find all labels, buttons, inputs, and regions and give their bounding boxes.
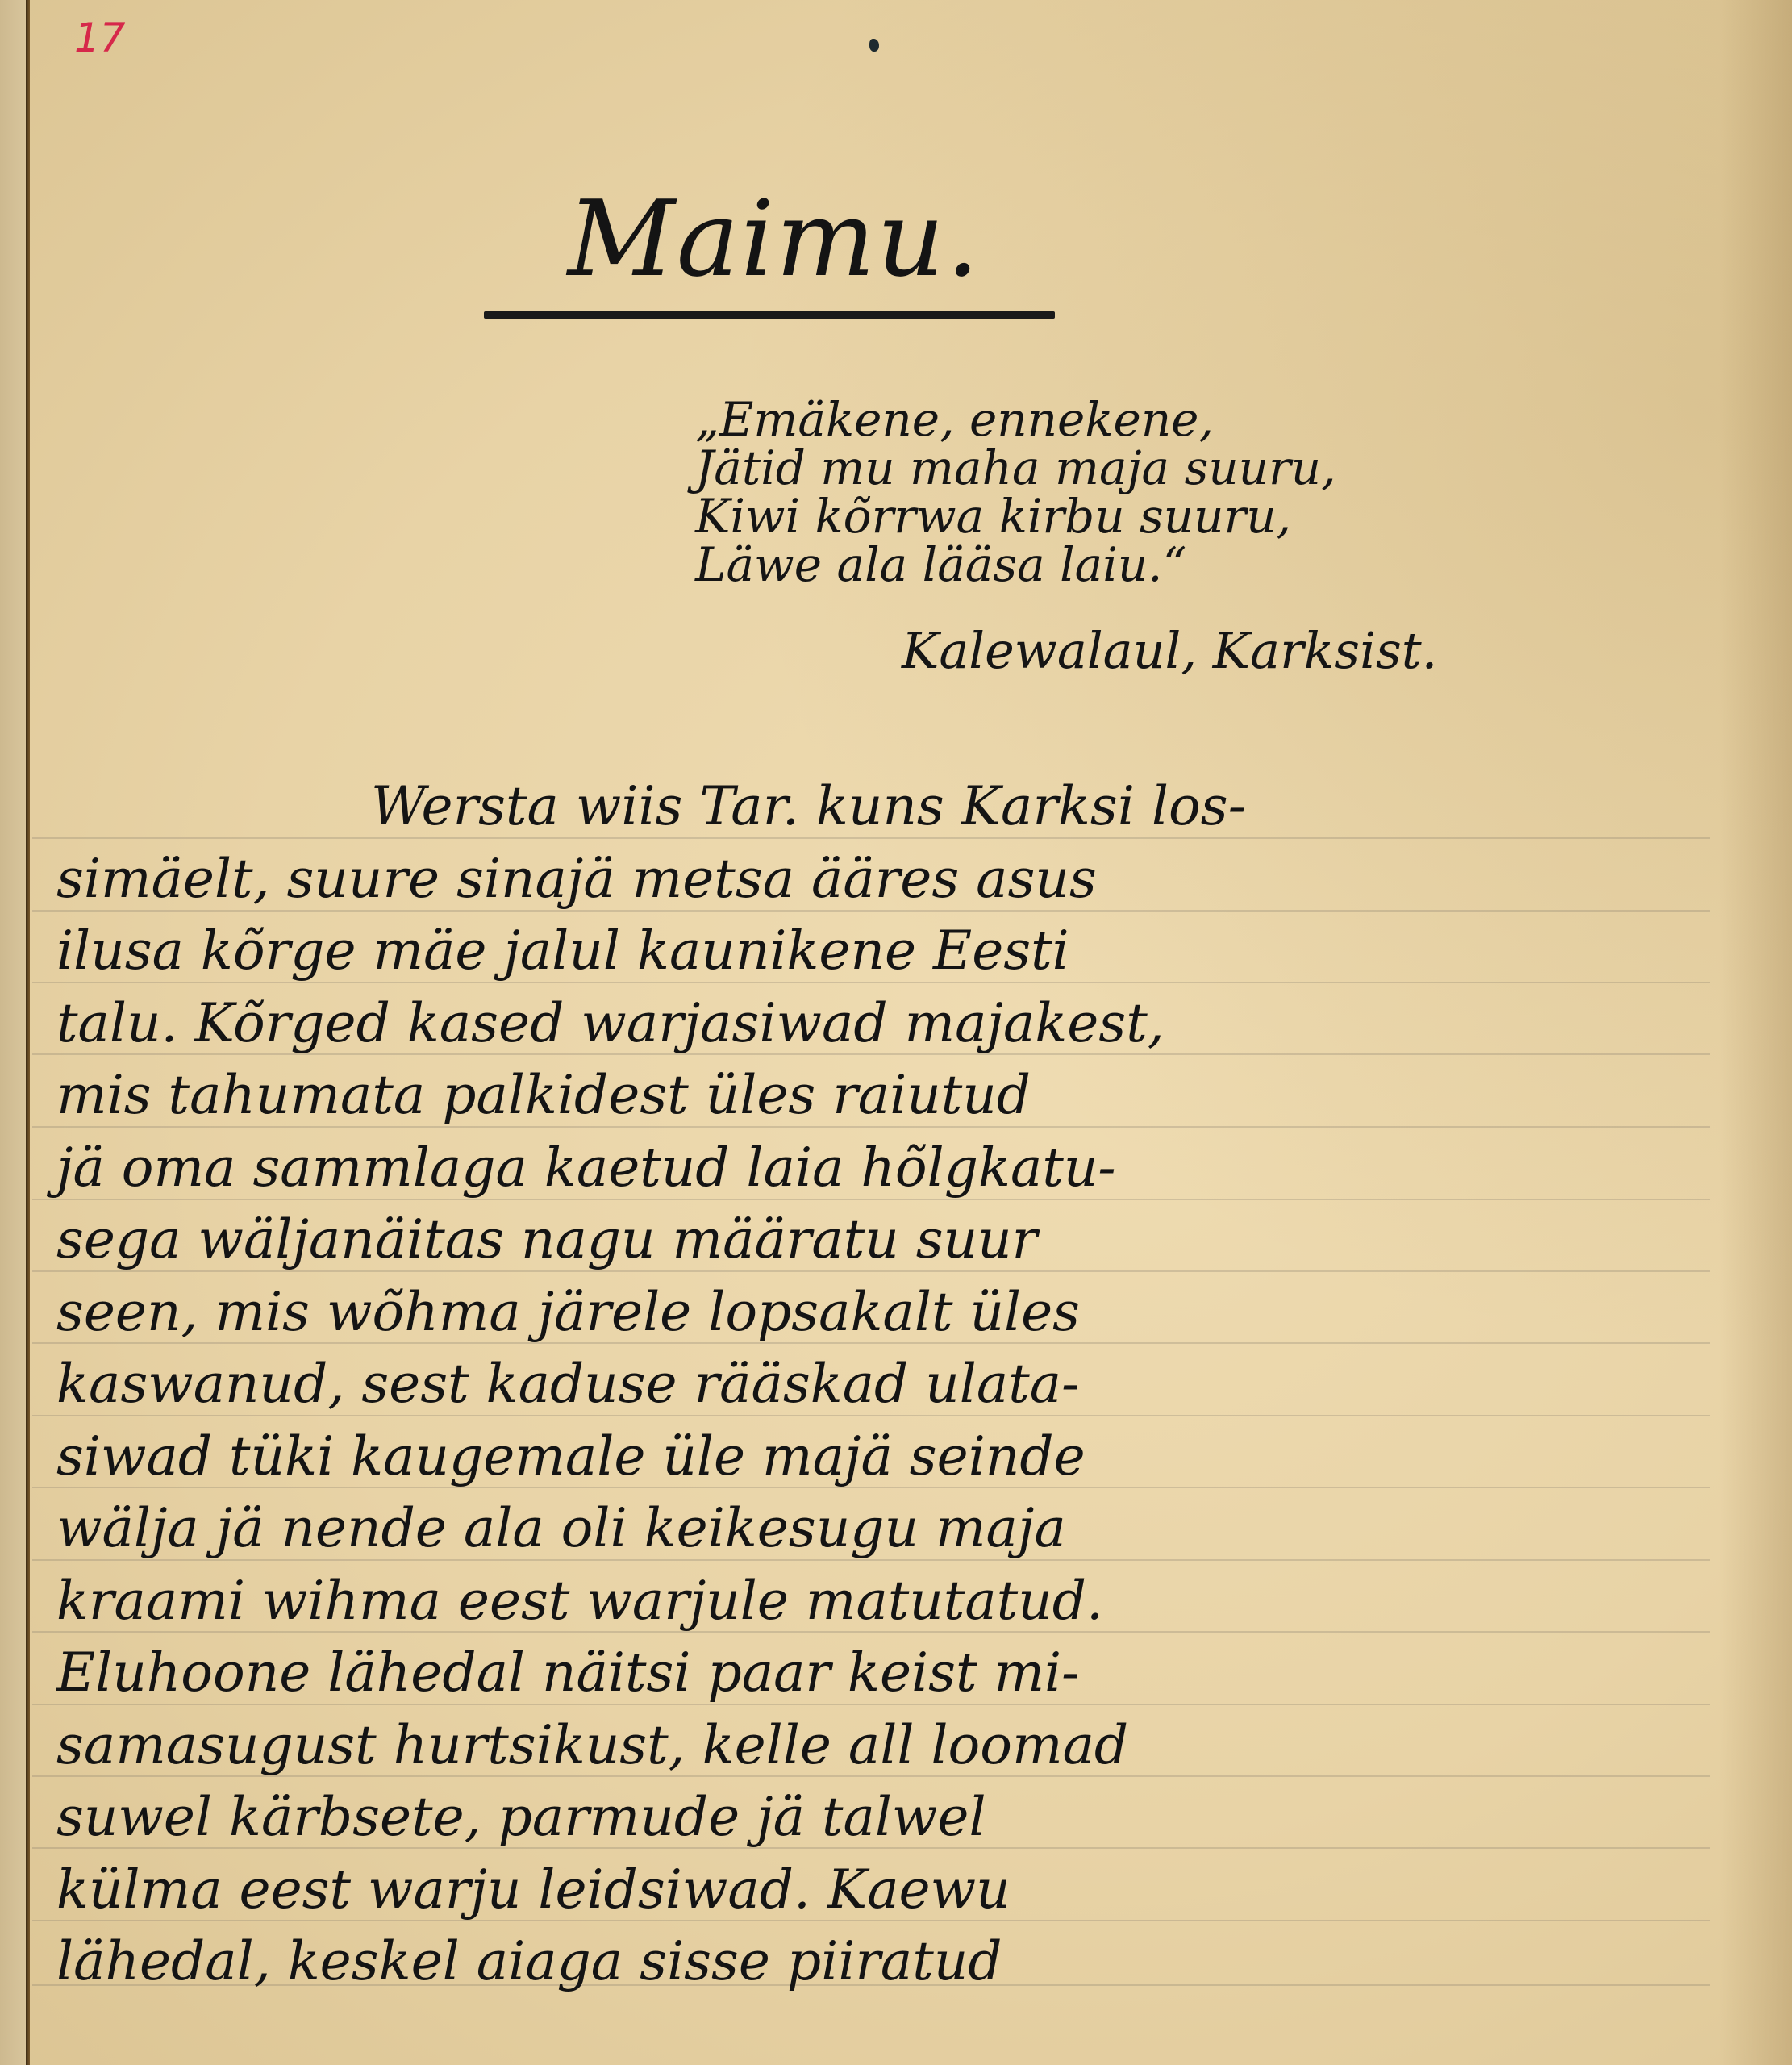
- title-underline: [484, 311, 1055, 319]
- epigraph-line: Kiwi kõrrwa kirbu suuru,: [695, 492, 1566, 540]
- epigraph-line: Jätid mu maha maja suuru,: [695, 444, 1566, 492]
- binding-gutter: [26, 0, 30, 2065]
- ink-blot: [869, 39, 879, 52]
- body-line: simäelt, suure sinajä metsa ääres asus: [56, 843, 1557, 916]
- epigraph-source: Kalewalaul, Karksist.: [902, 621, 1437, 680]
- page-right-edge: [1719, 0, 1792, 2065]
- epigraph: „Emäkene, ennekene, Jätid mu maha maja s…: [695, 395, 1566, 589]
- previous-page-edge: [0, 0, 26, 2065]
- body-line: sega wäljanäitas nagu määratu suur: [56, 1204, 1557, 1276]
- body-line: mis tahumata palkidest üles raiutud: [56, 1059, 1557, 1132]
- body-line: suwel kärbsete, parmude jä talwel: [56, 1781, 1557, 1854]
- body-line: külma eest warju leidsiwad. Kaewu: [56, 1854, 1557, 1926]
- page-title: Maimu.: [484, 177, 1065, 300]
- body-line: ilusa kõrge mäe jalul kaunikene Eesti: [56, 915, 1557, 987]
- body-line: siwad tüki kaugemale üle majä seinde: [56, 1420, 1557, 1493]
- page-number: 17: [74, 15, 126, 61]
- body-text: Wersta wiis Tar. kuns Karksi los- simäel…: [56, 770, 1557, 1998]
- body-line: samasugust hurtsikust, kelle all loomad: [56, 1709, 1557, 1782]
- manuscript-scan: 17 Maimu. „Emäkene, ennekene, Jätid mu m…: [0, 0, 1792, 2065]
- body-line: kraami wihma eest warjule matutatud.: [56, 1565, 1557, 1637]
- epigraph-line: „Emäkene, ennekene,: [695, 395, 1566, 444]
- body-line: talu. Kõrged kased warjasiwad majakest,: [56, 987, 1557, 1060]
- body-line: Eluhoone lähedal näitsi paar keist mi-: [56, 1637, 1557, 1709]
- body-line: kaswanud, sest kaduse rääskad ulata-: [56, 1348, 1557, 1420]
- body-line: wälja jä nende ala oli keikesugu maja: [56, 1492, 1557, 1565]
- epigraph-line: Läwe ala lääsa laiu.“: [695, 540, 1566, 589]
- body-line: Wersta wiis Tar. kuns Karksi los-: [56, 770, 1557, 843]
- body-line: jä oma sammlaga kaetud laia hõlgkatu-: [56, 1132, 1557, 1204]
- body-line: lähedal, keskel aiaga sisse piiratud: [56, 1925, 1557, 1998]
- body-line: seen, mis wõhma järele lopsakalt üles: [56, 1276, 1557, 1349]
